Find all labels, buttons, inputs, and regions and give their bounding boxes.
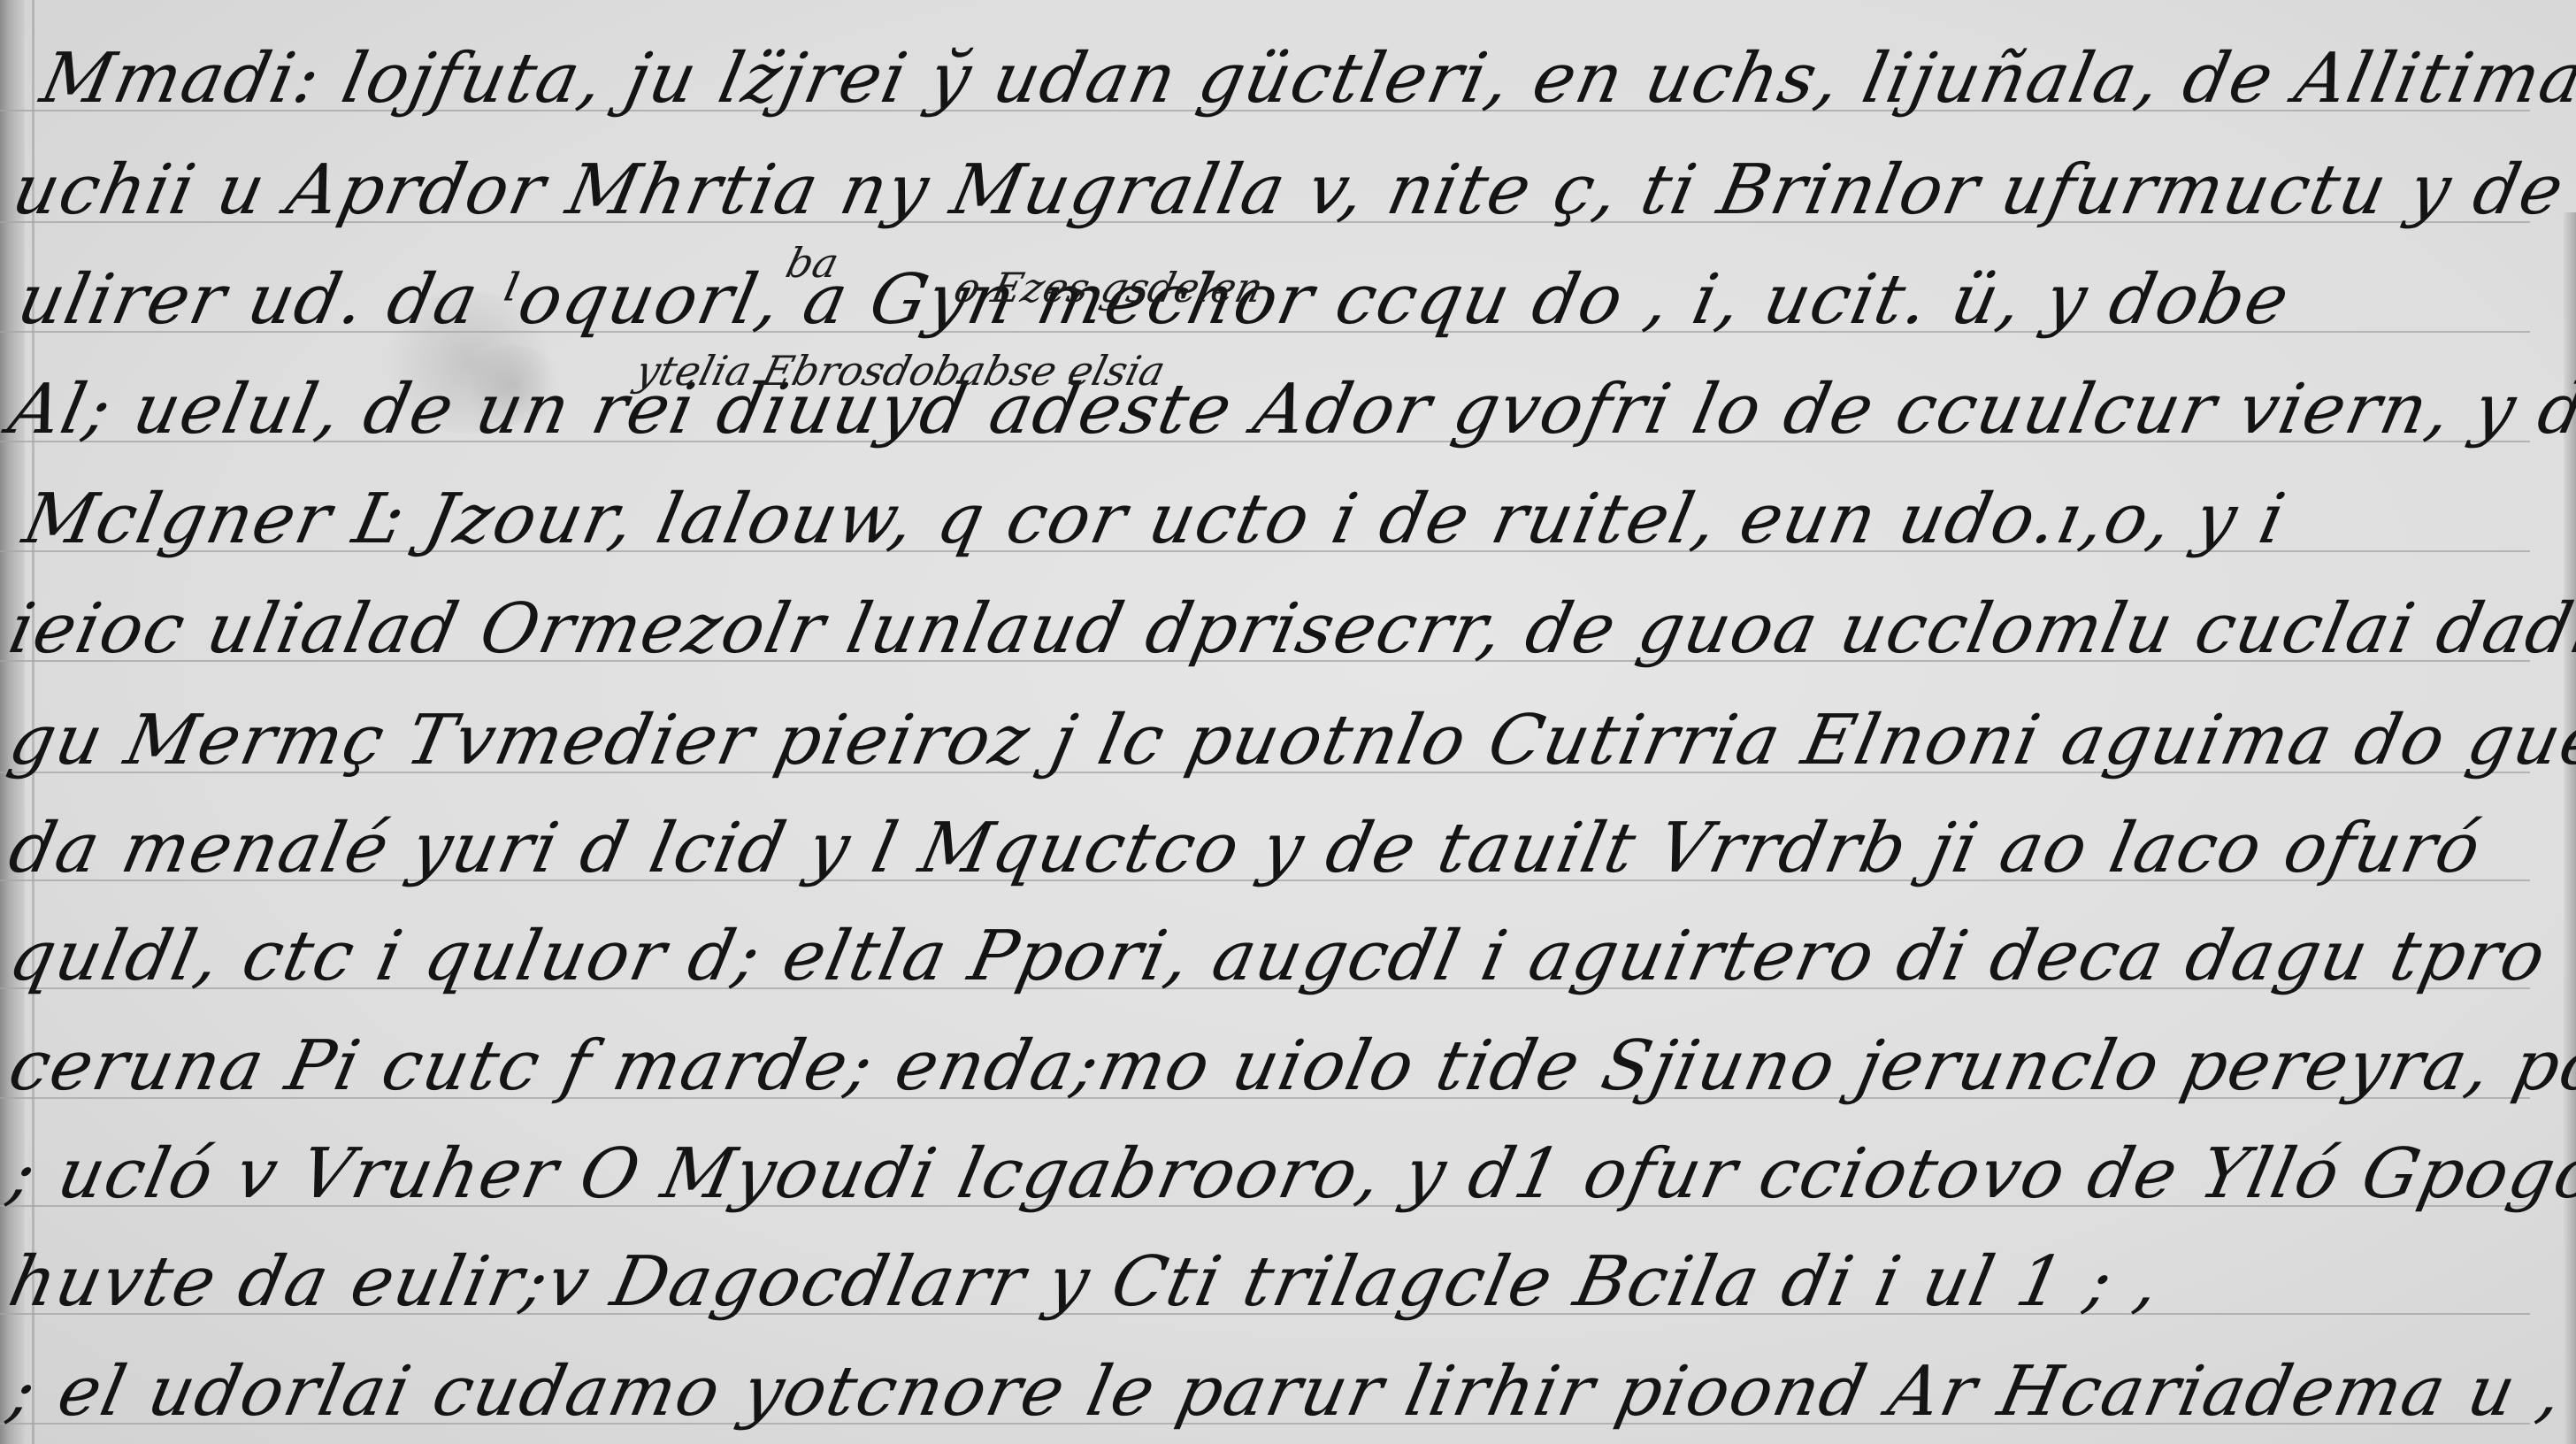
interlinear-insertion: o Ezes gsdelen: [949, 264, 1268, 311]
handwritten-line: quldl, ctc i quluor d; eltla Ppori, augc…: [4, 922, 2549, 991]
handwritten-line: ieioc ulialad Ormezolr lunlaud dprisecrr…: [4, 595, 2549, 664]
interlinear-insertion: ytelia Ebrosdobabse elsia: [631, 347, 1170, 395]
handwritten-line: uchii u Aprdor Mhrtia ny Mugralla v, nit…: [7, 156, 2552, 225]
manuscript-page: Mmadi: lojfuta, ju lz̈jrei y̆ udan güctl…: [0, 0, 2576, 1444]
handwritten-line: ; ucló v Vruher O Myoudi lcgabrooro, y d…: [4, 1140, 2549, 1209]
handwritten-line: da menalé yuri d lcid y l Mquctco y de t…: [4, 814, 2549, 883]
handwritten-line: huvte da eulir;v Dagocdlarr y Cti trilag…: [4, 1248, 2549, 1317]
handwritten-line: ceruna Pi cutc f marde; enda;mo uiolo ti…: [4, 1032, 2549, 1101]
handwritten-line: ulirer ud. da ˡoquorl, a Gyn mechor ccqu…: [12, 265, 2557, 334]
handwritten-line: gu Mermç Tvmedier pieiroz j lc puotnlo C…: [4, 706, 2549, 775]
handwritten-line: Mmadi: lojfuta, ju lz̈jrei y̆ udan güctl…: [35, 44, 2576, 113]
handwritten-line: Al; uelul, de un rei diuuyd adeste Ador …: [4, 375, 2549, 444]
handwritten-line: ; el udorlai cudamo yotcnore le parur li…: [4, 1357, 2549, 1426]
handwritten-line: Mclgner Ŀ Jzour, lalouw, q cor ucto i de…: [18, 485, 2563, 554]
